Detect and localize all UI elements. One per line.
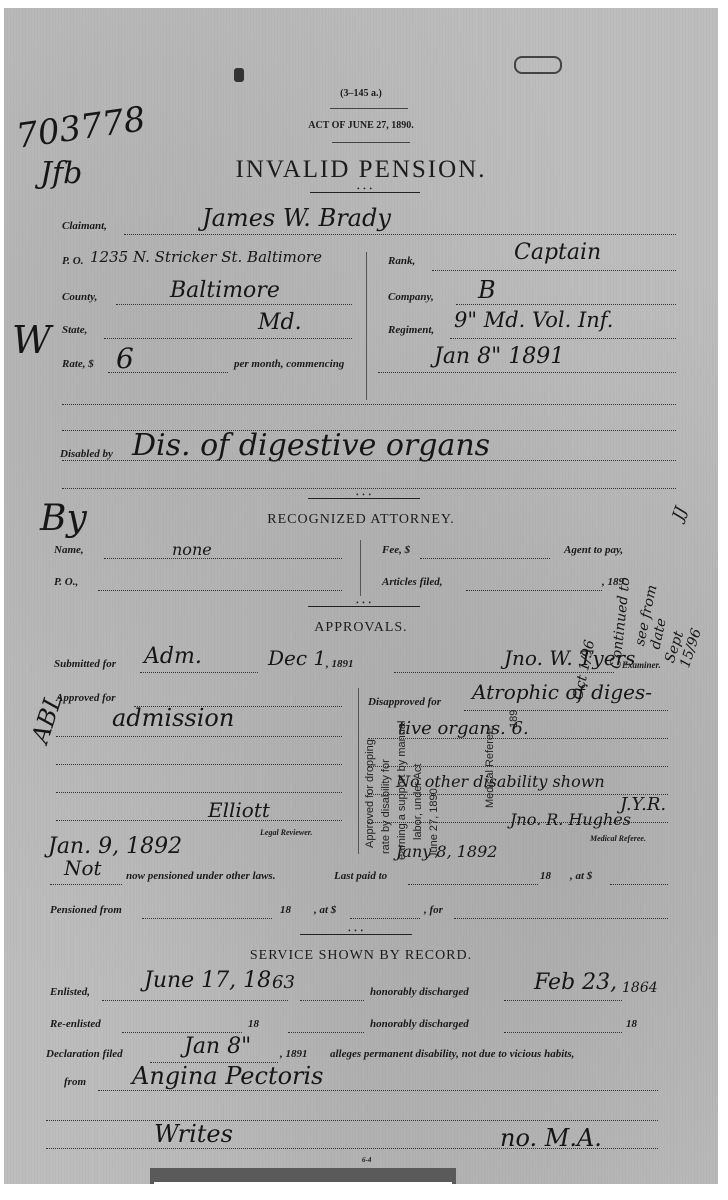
approved-line-4	[56, 792, 342, 793]
state-value: Md.	[258, 310, 302, 335]
attorney-po-line	[98, 590, 342, 591]
pension-document: 703778 Jfb (3–145 a.) ACT OF JUNE 27, 18…	[4, 8, 718, 1184]
form-title: INVALID PENSION.	[4, 156, 718, 184]
reenlisted-year: 18	[248, 1018, 259, 1030]
ornament-1	[310, 192, 420, 193]
stamp-line-1: Approved for dropping	[364, 739, 376, 848]
submitted-year: , 1891	[326, 658, 354, 670]
last-paid-at: , at $	[570, 870, 592, 882]
header-rule-1	[330, 108, 408, 109]
po-label: P. O.	[62, 255, 84, 267]
regiment-line	[450, 338, 676, 339]
claimant-divider	[366, 252, 367, 400]
approvals-heading: APPROVALS.	[4, 620, 718, 636]
enlisted-line	[102, 1000, 288, 1001]
state-line	[104, 338, 352, 339]
claimant-label: Claimant,	[62, 220, 107, 232]
disabled-by-label: Disabled by	[60, 448, 113, 460]
ornament-4	[300, 934, 412, 935]
articles-label: Articles filed,	[382, 576, 443, 588]
from-label: from	[64, 1076, 86, 1088]
rate-line	[108, 372, 228, 373]
stamp-medical-referee: Medical Referee.	[484, 725, 496, 808]
footer-mark: 6-4	[362, 1156, 371, 1164]
enlisted-value: June 17, 18	[144, 968, 271, 993]
medical-date: Jany 8, 1892	[396, 842, 497, 861]
alleges-label: alleges permanent disability, not due to…	[330, 1048, 574, 1060]
agent-label: Agent to pay,	[564, 544, 623, 556]
w-mark: W	[12, 318, 51, 362]
declaration-value: Jan 8"	[184, 1034, 251, 1059]
submitted-for-value: Adm.	[144, 644, 202, 669]
approved-line-2	[56, 736, 342, 737]
county-label: County,	[62, 291, 97, 303]
pensioned-at: , at $	[314, 904, 336, 916]
pensioned-from-label: Pensioned from	[50, 904, 122, 916]
discharged-label-2: honorably discharged	[370, 1018, 469, 1030]
commencing-value: Jan 8" 1891	[434, 344, 564, 369]
submitted-for-label: Submitted for	[54, 658, 116, 670]
discharged-label-1: honorably discharged	[370, 986, 469, 998]
attorney-mark: By	[40, 498, 87, 539]
pensioned-amount-line	[350, 918, 420, 919]
act-title: ACT OF JUNE 27, 1890.	[4, 120, 718, 131]
bottom-paper-tab	[150, 1168, 456, 1184]
rank-line	[432, 270, 676, 271]
state-label: State,	[62, 324, 87, 336]
stamp-line-5: June 27, 1890.	[428, 785, 440, 858]
attorney-name-line	[104, 558, 342, 559]
fee-label: Fee, $	[382, 544, 410, 556]
ornament-2	[308, 498, 420, 499]
attorney-name-label: Name,	[54, 544, 84, 556]
declaration-year: , 1891	[280, 1048, 308, 1060]
legal-reviewer-value: Elliott	[208, 798, 270, 822]
enlisted-year: 63	[272, 972, 295, 993]
rank-value: Captain	[514, 240, 601, 265]
disabled-line-1	[62, 460, 676, 461]
po-value: 1235 N. Stricker St. Baltimore	[90, 248, 322, 266]
discharged-year: 1864	[622, 980, 658, 996]
regiment-label: Regiment,	[388, 324, 434, 336]
company-value: B	[478, 276, 496, 304]
last-paid-amount-line	[610, 884, 668, 885]
disabled-line-2	[62, 488, 676, 489]
pensioned-year: 18	[280, 904, 291, 916]
not-line	[50, 884, 122, 885]
discharged-line-2	[504, 1032, 622, 1033]
attorney-heading: RECOGNIZED ATTORNEY.	[4, 512, 718, 528]
fee-line	[420, 558, 550, 559]
stamp-line-2: rate by disability for	[380, 759, 392, 854]
pensioned-from-line	[142, 918, 272, 919]
approved-for-label: Approved for	[56, 692, 116, 704]
rate-label: Rate, $	[62, 358, 94, 370]
not-pensioned-label: now pensioned under other laws.	[126, 870, 275, 882]
per-month-label: per month, commencing	[234, 358, 344, 370]
reenlisted-line	[122, 1032, 242, 1033]
submitted-line	[140, 672, 258, 673]
company-line	[456, 304, 676, 305]
regiment-value: 9" Md. Vol. Inf.	[454, 308, 613, 332]
approved-for-value: admission	[112, 704, 234, 732]
approved-line-5	[56, 820, 342, 821]
disapproved-for-value: Atrophic of diges-	[472, 680, 652, 704]
pensioned-for-line	[454, 918, 668, 919]
approved-line-3	[56, 764, 342, 765]
form-number: (3–145 a.)	[4, 88, 718, 99]
blank-line-1	[62, 404, 676, 405]
from-value: Angina Pectoris	[132, 1062, 324, 1090]
attorney-po-label: P. O.,	[54, 576, 78, 588]
last-paid-label: Last paid to	[334, 870, 387, 882]
claimant-name: James W. Brady	[202, 204, 391, 232]
rate-value: 6	[116, 342, 134, 375]
discharged-value: Feb 23,	[534, 970, 617, 995]
attorney-divider	[360, 540, 361, 596]
disapproved-for-label: Disapproved for	[368, 696, 441, 708]
last-paid-year: 18	[540, 870, 551, 882]
stamp-line-3: earning a support by manual	[396, 721, 408, 860]
stamp-year: 189	[508, 710, 520, 728]
reenlisted-gap	[288, 1032, 364, 1033]
enlisted-discharge-gap	[300, 1000, 364, 1001]
commencing-line	[378, 372, 676, 373]
stamp-line-4: labor, under Act	[412, 764, 424, 840]
discharged-line-1	[504, 1000, 622, 1001]
company-label: Company,	[388, 291, 434, 303]
medical-referee-value: Jno. R. Hughes	[510, 810, 631, 829]
last-paid-line	[408, 884, 538, 885]
medical-referee-label: Medical Referee.	[590, 834, 646, 843]
from-line	[98, 1090, 658, 1091]
rank-label: Rank,	[388, 255, 415, 267]
submitted-date: Dec 1	[268, 646, 326, 670]
legal-reviewer-label: Legal Reviewer.	[260, 828, 312, 837]
approvals-divider	[358, 688, 359, 854]
header-rule-2	[332, 142, 410, 143]
punch-hole-left	[234, 68, 244, 82]
ornament-3	[308, 606, 420, 607]
writes-value: Writes	[154, 1120, 233, 1148]
punch-hole-right	[514, 56, 562, 74]
pensioned-for: , for	[424, 904, 443, 916]
attorney-name-value: none	[172, 540, 212, 559]
county-line	[116, 304, 352, 305]
service-heading: SERVICE SHOWN BY RECORD.	[4, 948, 718, 964]
examiner-label: Examiner.	[622, 660, 661, 670]
declaration-label: Declaration filed	[46, 1048, 123, 1060]
reenlisted-label: Re-enlisted	[50, 1018, 101, 1030]
examiner-value: Jno. W. Tyers	[504, 646, 635, 670]
disapproved-line-1	[464, 710, 668, 711]
claimant-line	[124, 234, 676, 235]
not-value: Not	[64, 856, 102, 880]
examiner-line	[394, 672, 614, 673]
disabled-by-value: Dis. of digestive organs	[132, 428, 490, 463]
county-value: Baltimore	[170, 278, 280, 303]
enlisted-label: Enlisted,	[50, 986, 90, 998]
blank-line-4	[46, 1148, 658, 1149]
articles-line	[466, 590, 602, 591]
blank-line-3	[46, 1120, 658, 1121]
discharged-year-2: 18	[626, 1018, 637, 1030]
